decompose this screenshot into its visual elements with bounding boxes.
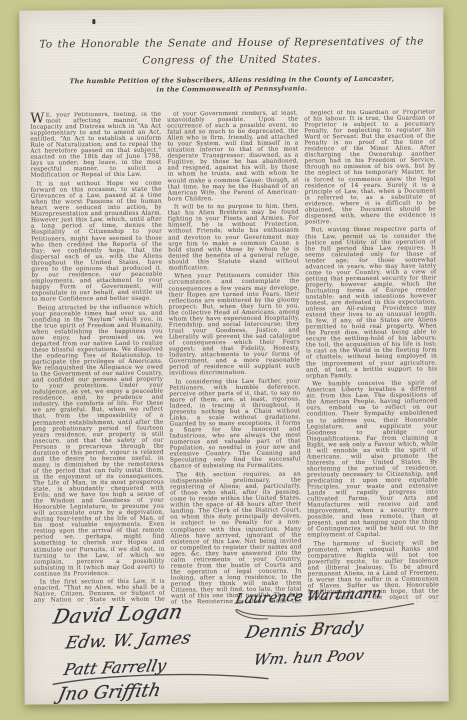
title-line-1: To the Honorable the Senate and House of…: [19, 33, 443, 53]
body-paragraph: But, waving these respective parts of th…: [305, 227, 437, 379]
body-paragraph: neglect of his Guardian or Proprietor of…: [304, 109, 436, 225]
petition-body: WE, your Petitioners, feeling, in the mo…: [30, 109, 439, 604]
petition-subtitle: The humble Petition of the Subscribers, …: [20, 74, 444, 95]
signature-david-logan: David Logan: [51, 599, 185, 628]
title-line-2: Congress of the United States.: [20, 50, 444, 70]
body-paragraph: Being attracted by the influence which y…: [32, 304, 165, 577]
body-paragraph: It is not without Hope we come forward o…: [31, 181, 163, 303]
body-paragraph: It will be to no purpose to him, then, t…: [168, 204, 300, 272]
body-paragraph: of your Government renders, at least, un…: [167, 110, 299, 202]
body-paragraph: The 4th section requires, as an indispen…: [170, 472, 302, 604]
text-column-1: WE, your Petitioners, feeling, in the mo…: [30, 112, 165, 605]
drop-cap: W: [30, 112, 46, 124]
opening-paragraph: WE, your Petitioners, feeling, in the mo…: [30, 112, 162, 180]
signature-wm-hun-poov: Wm. hun Poov: [252, 646, 366, 669]
signature-jno-griffith: Jno Griffith: [56, 680, 163, 705]
signature-edw-w-james: Edw. W. James: [64, 628, 193, 653]
opening-text: E, your Petitioners, feeling, in the mos…: [30, 112, 161, 179]
text-column-2: of your Government renders, at least, un…: [167, 110, 302, 603]
body-paragraph: When your Petitioners consider this circ…: [168, 273, 300, 377]
petition-title: To the Honorable the Senate and House of…: [19, 33, 443, 70]
signature-patt-farrelly: Patt Farrelly: [62, 656, 168, 679]
petition-document: To the Honorable the Senate and House of…: [19, 7, 448, 704]
petition-header: To the Honorable the Senate and House of…: [19, 33, 443, 95]
screenshot-root: { "colors": { "background": "#c6c88f", "…: [0, 0, 467, 720]
ink-speck: [92, 19, 95, 24]
signature-dennis-brady: Dennis Brady: [244, 618, 365, 643]
body-paragraph: We humbly conceive the spirit of America…: [306, 381, 438, 539]
body-paragraph: In considering this Law further, your Pe…: [169, 378, 301, 470]
text-column-3: neglect of his Guardian or Proprietor of…: [304, 109, 439, 602]
